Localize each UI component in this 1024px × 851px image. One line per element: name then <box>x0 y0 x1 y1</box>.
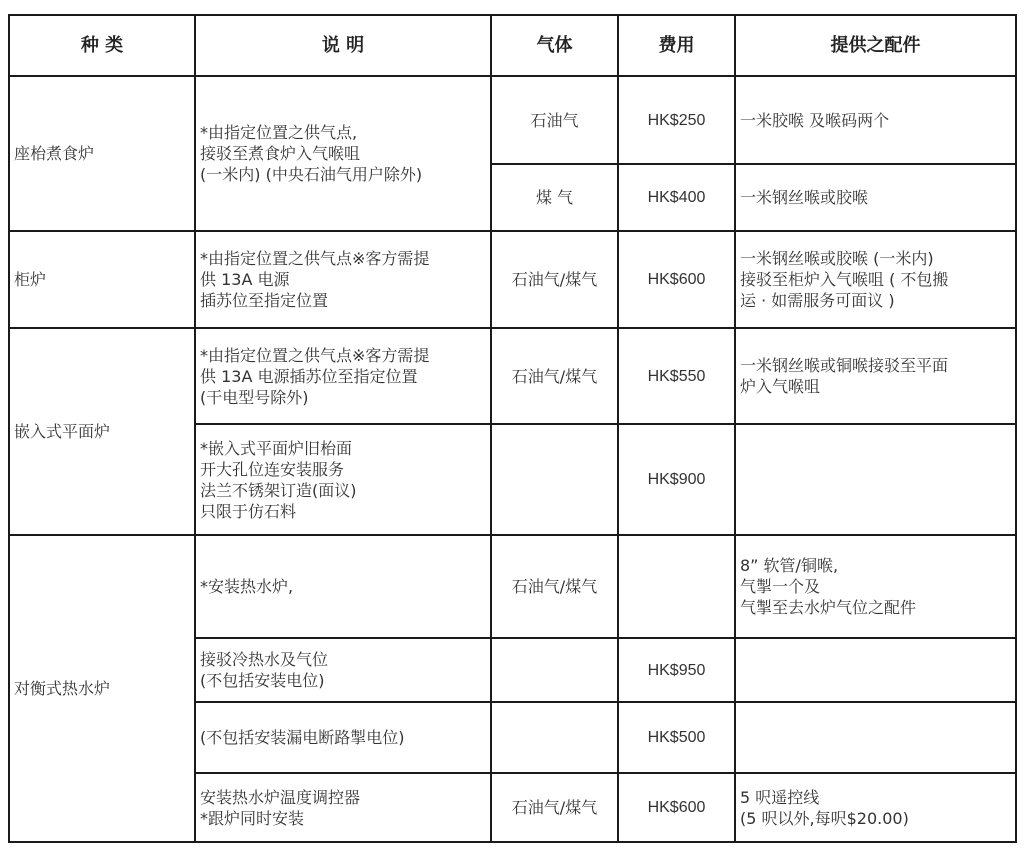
accessories-cell: 一米钢丝喉或胶喉 (一米内) 接驳至柜炉入气喉咀 ( 不包搬 运 · 如需服务可… <box>735 231 1016 328</box>
table-row: 嵌入式平面炉 *由指定位置之供气点※客方需提 供 13A 电源插苏位至指定位置 … <box>9 328 1016 424</box>
price-cell: HK$600 <box>618 231 735 328</box>
category-cell: 嵌入式平面炉 <box>9 328 195 535</box>
price-cell: HK$500 <box>618 702 735 773</box>
gas-cell: 石油气/煤气 <box>491 328 618 424</box>
gas-cell: 石油气/煤气 <box>491 535 618 638</box>
header-price: 费用 <box>618 15 735 76</box>
header-gas: 气体 <box>491 15 618 76</box>
description-cell: *由指定位置之供气点※客方需提 供 13A 电源插苏位至指定位置 (干电型号除外… <box>195 328 491 424</box>
header-category: 种 类 <box>9 15 195 76</box>
description-cell: *安装热水炉, <box>195 535 491 638</box>
description-cell: *由指定位置之供气点※客方需提 供 13A 电源 插苏位至指定位置 <box>195 231 491 328</box>
accessories-cell: 一米钢丝喉或胶喉 <box>735 164 1016 231</box>
accessories-cell: 8” 软管/铜喉, 气掣一个及 气掣至去水炉气位之配件 <box>735 535 1016 638</box>
category-cell: 柜炉 <box>9 231 195 328</box>
gas-cell <box>491 702 618 773</box>
header-row: 种 类 说 明 气体 费用 提供之配件 <box>9 15 1016 76</box>
table-row: 对衡式热水炉 *安装热水炉, 石油气/煤气 8” 软管/铜喉, 气掣一个及 气掣… <box>9 535 1016 638</box>
price-cell: HK$600 <box>618 773 735 842</box>
gas-cell <box>491 638 618 702</box>
header-description: 说 明 <box>195 15 491 76</box>
price-cell: HK$550 <box>618 328 735 424</box>
description-cell: 安装热水炉温度调控器 *跟炉同时安装 <box>195 773 491 842</box>
header-accessories: 提供之配件 <box>735 15 1016 76</box>
category-cell: 对衡式热水炉 <box>9 535 195 842</box>
gas-cell: 石油气/煤气 <box>491 231 618 328</box>
gas-cell <box>491 424 618 535</box>
category-cell: 座枱煮食炉 <box>9 76 195 231</box>
description-cell: *由指定位置之供气点, 接驳至煮食炉入气喉咀 (一米内) (中央石油气用户除外) <box>195 76 491 231</box>
description-cell: (不包括安装漏电断路掣电位) <box>195 702 491 773</box>
gas-cell: 石油气/煤气 <box>491 773 618 842</box>
price-table: 种 类 说 明 气体 费用 提供之配件 座枱煮食炉 *由指定位置之供气点, 接驳… <box>8 14 1017 843</box>
description-cell: 接驳冷热水及气位 (不包括安装电位) <box>195 638 491 702</box>
table-row: 柜炉 *由指定位置之供气点※客方需提 供 13A 电源 插苏位至指定位置 石油气… <box>9 231 1016 328</box>
accessories-cell <box>735 702 1016 773</box>
accessories-cell <box>735 424 1016 535</box>
accessories-cell: 5 呎遥控线 (5 呎以外,每呎$20.00) <box>735 773 1016 842</box>
accessories-cell <box>735 638 1016 702</box>
price-cell: HK$900 <box>618 424 735 535</box>
price-cell: HK$400 <box>618 164 735 231</box>
gas-cell: 煤 气 <box>491 164 618 231</box>
price-cell <box>618 535 735 638</box>
gas-cell: 石油气 <box>491 76 618 164</box>
table-row: 座枱煮食炉 *由指定位置之供气点, 接驳至煮食炉入气喉咀 (一米内) (中央石油… <box>9 76 1016 164</box>
description-cell: *嵌入式平面炉旧枱面 开大孔位连安装服务 法兰不锈架订造(面议) 只限于仿石料 <box>195 424 491 535</box>
price-cell: HK$950 <box>618 638 735 702</box>
accessories-cell: 一米胶喉 及喉码两个 <box>735 76 1016 164</box>
price-cell: HK$250 <box>618 76 735 164</box>
accessories-cell: 一米钢丝喉或铜喉接驳至平面 炉入气喉咀 <box>735 328 1016 424</box>
